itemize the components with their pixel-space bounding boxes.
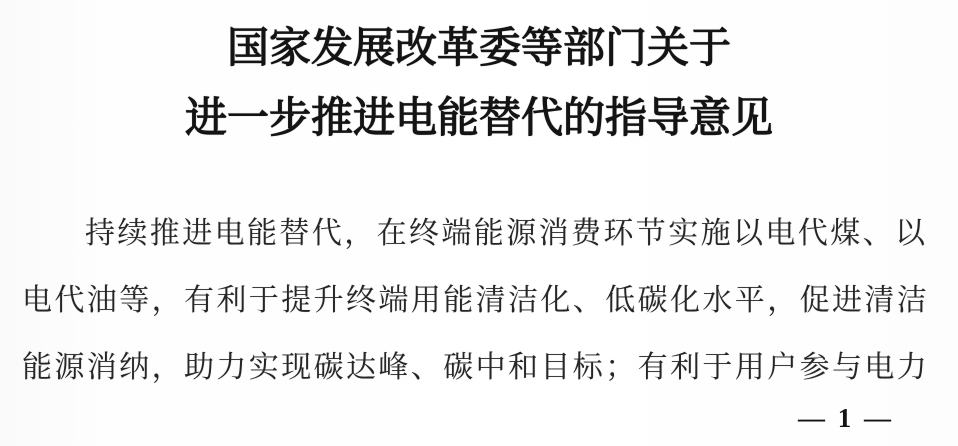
paragraph-line-3: 能源消纳，助力实现碳达峰、碳中和目标；有利于用户参与电力	[22, 334, 932, 401]
document-page: 国家发展改革委等部门关于 进一步推进电能替代的指导意见 持续推进电能替代，在终端…	[0, 0, 958, 446]
page-footer: — 1 —	[798, 403, 894, 434]
document-title-line-1: 国家发展改革委等部门关于	[0, 14, 958, 84]
document-title: 国家发展改革委等部门关于 进一步推进电能替代的指导意见	[0, 0, 958, 154]
paragraph-line-2: 电代油等，有利于提升终端用能清洁化、低碳化水平，促进清洁	[22, 267, 932, 334]
page-number: — 1 —	[798, 403, 894, 433]
paragraph-line-1: 持续推进电能替代，在终端能源消费环节实施以电代煤、以	[22, 200, 932, 267]
document-body-paragraph: 持续推进电能替代，在终端能源消费环节实施以电代煤、以 电代油等，有利于提升终端用…	[22, 200, 932, 401]
document-title-line-2: 进一步推进电能替代的指导意见	[0, 84, 958, 154]
